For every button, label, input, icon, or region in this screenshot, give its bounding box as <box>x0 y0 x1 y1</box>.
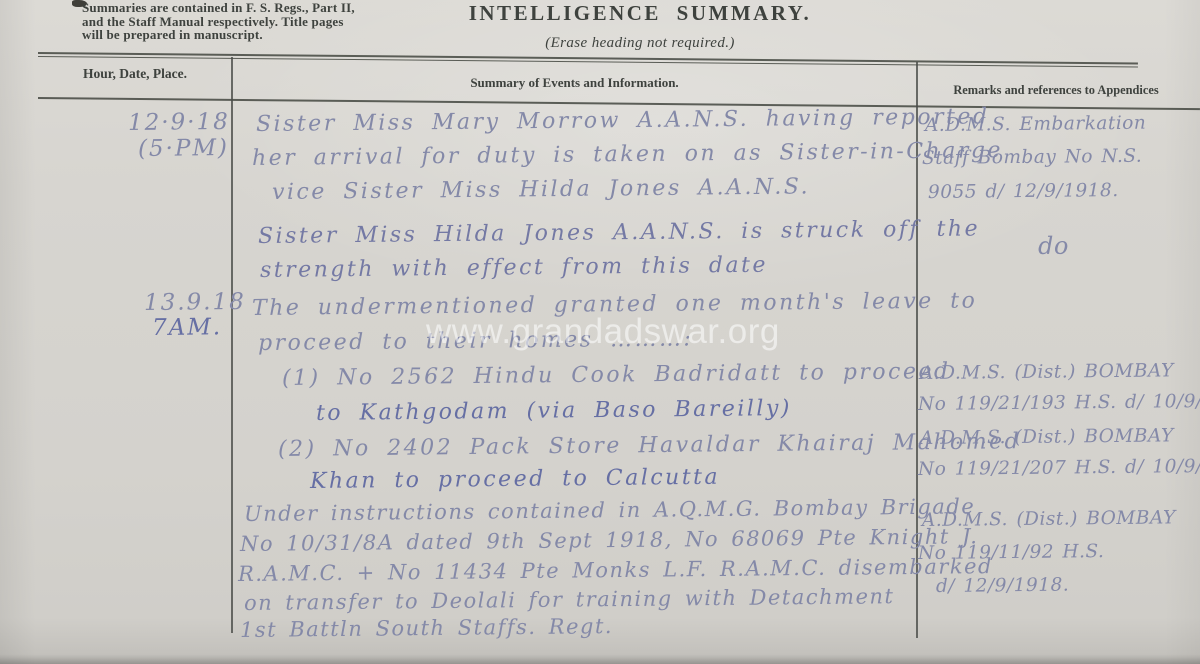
column-header-summary: Summary of Events and Information. <box>232 75 917 91</box>
column-header-hour-date-place: Hour, Date, Place. <box>38 66 232 82</box>
summary-line: strength with effect from this date <box>260 253 768 283</box>
summary-line: Under instructions contained in A.Q.M.G.… <box>244 494 975 526</box>
summary-line: (1) No 2562 Hindu Cook Badridatt to proc… <box>282 359 951 391</box>
summary-line: vice Sister Miss Hilda Jones A.A.N.S. <box>272 174 810 205</box>
summary-line: No 10/31/8A dated 9th Sept 1918, No 6806… <box>240 524 979 556</box>
remarks-line: No 119/21/193 H.S. d/ 10/9/1918 <box>918 391 1200 415</box>
page-title: INTELLIGENCE SUMMARY. <box>420 1 860 26</box>
date-entry: 13.9.18 <box>144 289 246 316</box>
summary-line: Khan to proceed to Calcutta <box>310 465 720 494</box>
remarks-ditto: do <box>1038 232 1069 260</box>
summary-line: to Kathgodam (via Baso Bareilly) <box>316 396 792 426</box>
page-edge-shadow <box>0 654 1200 664</box>
printed-note-line: and the Staff Manual respectively. Title… <box>82 15 355 29</box>
date-entry: 12·9·18 <box>128 109 230 136</box>
remarks-line: No 119/11/92 H.S. <box>918 541 1105 564</box>
remarks-line: A.D.M.S. (Dist.) BOMBAY <box>920 360 1174 384</box>
remarks-line: A.D.M.S. (Dist.) BOMBAY <box>920 425 1174 449</box>
date-entry: (5·PM) <box>138 135 229 162</box>
date-entry: 7AM. <box>152 314 222 341</box>
remarks-line: 9055 d/ 12/9/1918. <box>928 180 1119 203</box>
scanned-diary-page: Summaries are contained in F. S. Regs., … <box>0 0 1200 664</box>
summary-line: on transfer to Deolali for training with… <box>244 584 895 615</box>
column-header-remarks: Remarks and references to Appendices <box>917 83 1195 98</box>
printed-note-line: Summaries are contained in F. S. Regs., … <box>82 1 355 15</box>
remarks-line: d/ 12/9/1918. <box>936 575 1069 597</box>
summary-line: Sister Miss Mary Morrow A.A.N.S. having … <box>256 104 990 137</box>
remarks-line: No 119/21/207 H.S. d/ 10/9/1918 <box>918 456 1200 480</box>
page-subtitle: (Erase heading not required.) <box>470 35 810 52</box>
site-watermark: www.grandadswar.org <box>426 312 780 352</box>
remarks-line: Staff Bombay No N.S. <box>922 146 1142 169</box>
remarks-line: A.D.M.S. Embarkation <box>925 113 1147 136</box>
summary-line: Sister Miss Hilda Jones A.A.N.S. is stru… <box>258 216 980 249</box>
summary-line: R.A.M.C. + No 11434 Pte Monks L.F. R.A.M… <box>238 554 993 586</box>
summary-line: 1st Battln South Staffs. Regt. <box>240 614 613 642</box>
remarks-line: A.D.M.S. (Dist.) BOMBAY <box>922 507 1176 531</box>
printed-note: Summaries are contained in F. S. Regs., … <box>82 1 355 42</box>
summary-line: her arrival for duty is taken on as Sist… <box>252 138 1003 171</box>
printed-note-line: will be prepared in manuscript. <box>82 28 355 42</box>
column-divider-left <box>231 57 233 633</box>
summary-line: (2) No 2402 Pack Store Havaldar Khairaj … <box>278 429 1021 462</box>
